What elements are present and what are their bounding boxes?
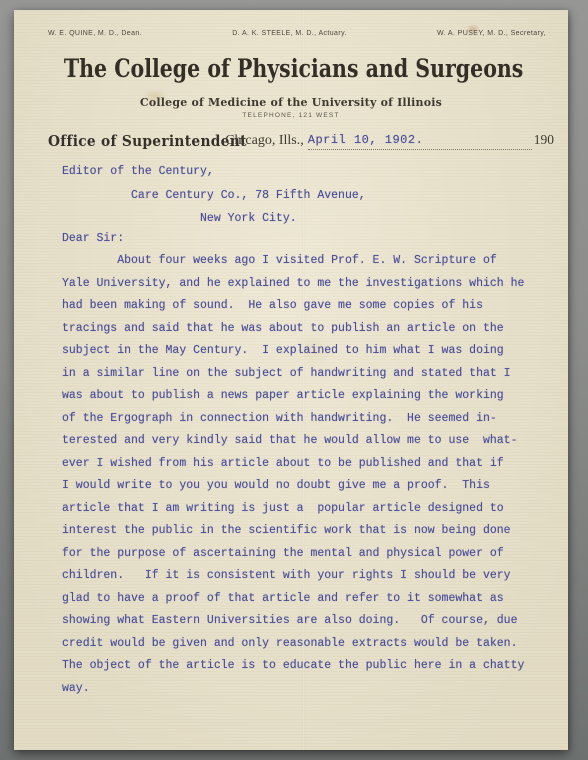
body-line: credit would be given and only reasonabl… [62,633,524,656]
body-line: children. If it is consistent with your … [62,565,524,588]
typed-date: April 10, 1902. [308,133,424,147]
body-line: was about to publish a news paper articl… [62,385,524,408]
body-line: in a similar line on the subject of hand… [62,363,524,386]
body-line: had been making of sound. He also gave m… [62,295,524,318]
dateline-city: Chicago, Ills., [225,133,304,149]
body-line: About four weeks ago I visited Prof. E. … [62,250,524,273]
body-line: way. [62,678,524,701]
letter-body: About four weeks ago I visited Prof. E. … [62,250,524,700]
dateline-year-prefix: 190 [534,132,554,148]
body-line: showing what Eastern Universities are al… [62,610,524,633]
office-of-superintendent: Office of Superintendent [48,132,247,150]
recipient-address: Editor of the Century, Care Century Co.,… [62,160,366,231]
body-line: for the purpose of ascertaining the ment… [62,543,524,566]
dateline: Chicago, Ills., April 10, 1902. 190 [225,132,554,150]
date-rule: April 10, 1902. [308,133,532,150]
body-line: tracings and said that he was about to p… [62,318,524,341]
letterhead-officers: W. E. QUINE, M. D., Dean. D. A. K. STEEL… [14,30,568,37]
telephone-line: TELEPHONE, 121 WEST [14,112,568,119]
letter-page: W. E. QUINE, M. D., Dean. D. A. K. STEEL… [14,10,568,750]
body-line: The object of the article is to educate … [62,655,524,678]
recipient-line: Care Century Co., 78 Fifth Avenue, [62,184,366,208]
institution-subtitle: College of Medicine of the University of… [14,96,568,109]
body-line: subject in the May Century. I explained … [62,340,524,363]
recipient-line: Editor of the Century, [62,160,366,184]
body-line: article that I am writing is just a popu… [62,498,524,521]
body-line: interest the public in the scientific wo… [62,520,524,543]
body-line: of the Ergograph in connection with hand… [62,408,524,431]
body-line: terested and very kindly said that he wo… [62,430,524,453]
institution-title: The College of Physicians and Surgeons [64,54,518,83]
recipient-line: New York City. [62,207,366,231]
officer-secretary: W. A. PUSEY, M. D., Secretary, [437,30,546,37]
officer-dean: W. E. QUINE, M. D., Dean. [48,30,142,37]
body-line: glad to have a proof of that article and… [62,588,524,611]
body-line: ever I wished from his article about to … [62,453,524,476]
body-line: I would write to you you would no doubt … [62,475,524,498]
officer-actuary: D. A. K. STEELE, M. D., Actuary. [232,30,347,37]
salutation: Dear Sir: [62,232,124,245]
body-line: Yale University, and he explained to me … [62,273,524,296]
